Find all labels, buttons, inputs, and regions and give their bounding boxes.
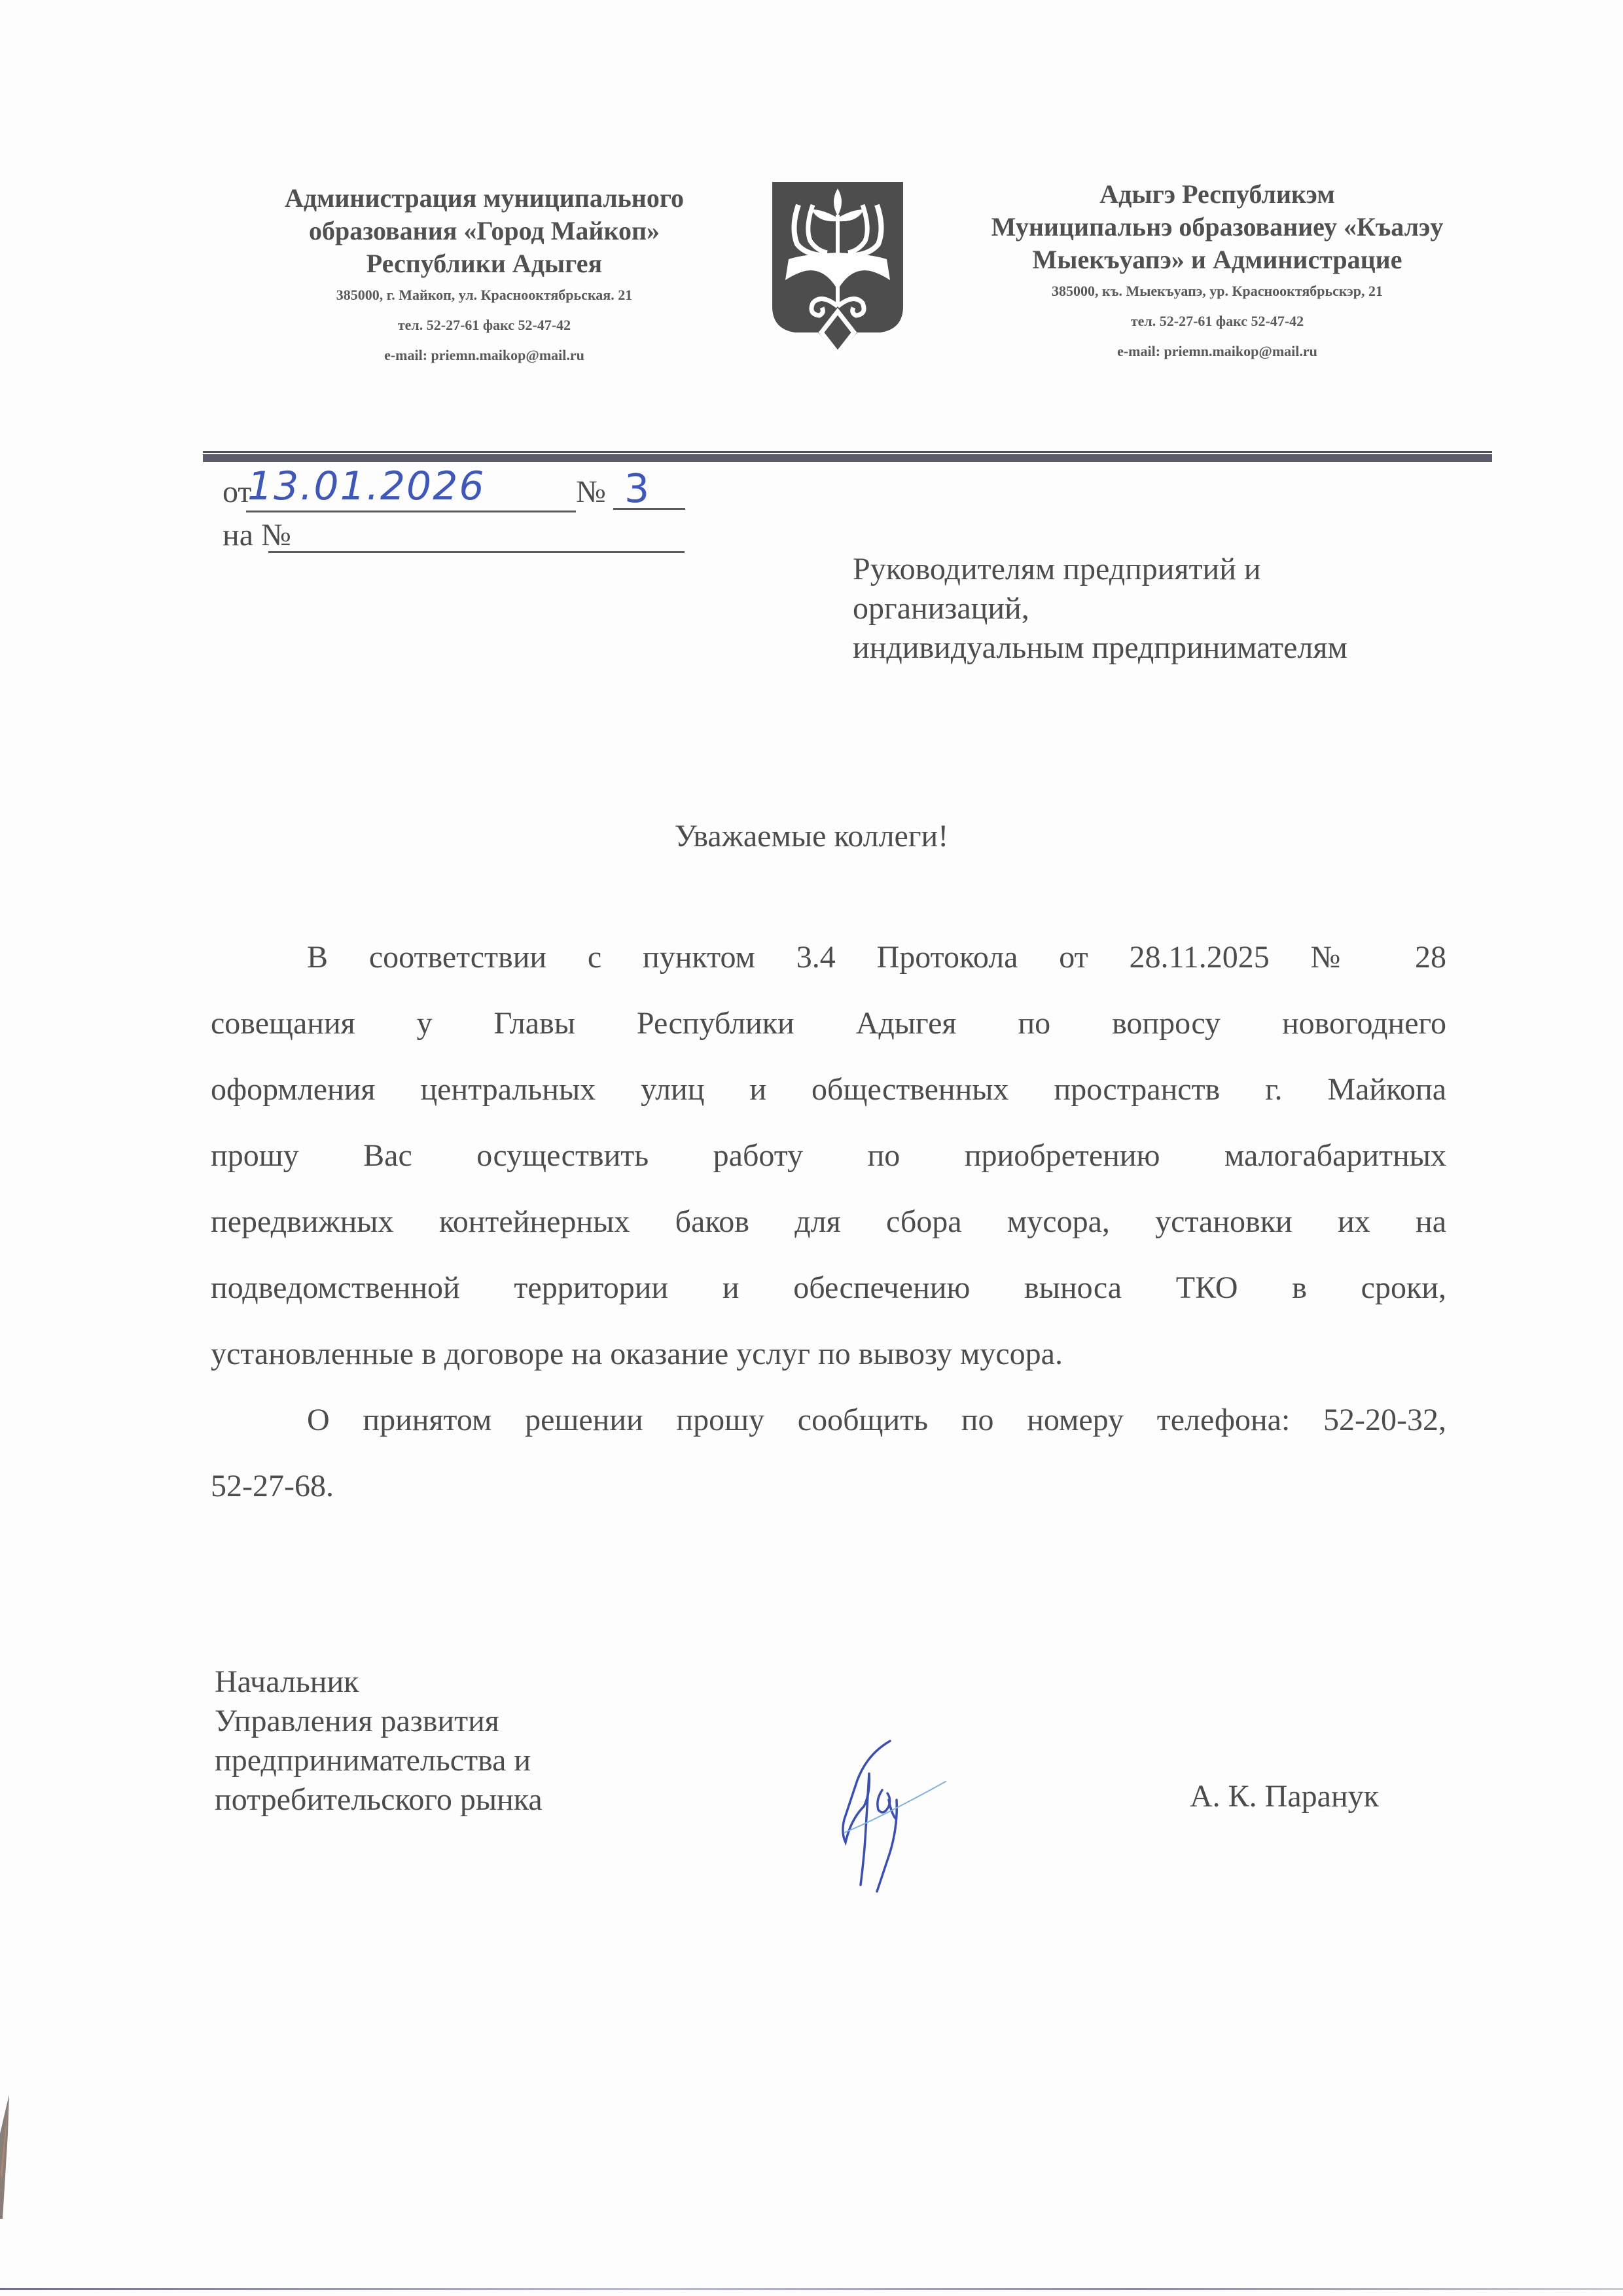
org-phone: тел. 52-27-61 факс 52-47-42 — [916, 306, 1518, 336]
addressee-line: Руководителям предприятий и — [853, 550, 1481, 589]
org-name-line: Мыекъуапэ» и Администрацие — [916, 243, 1518, 276]
signatory-title: Начальник Управления развития предприним… — [215, 1662, 543, 1820]
letterhead-left-russian: Администрация муниципального образования… — [196, 182, 772, 370]
body-line: В соответствии с пунктом 3.4 Протокола о… — [211, 924, 1446, 990]
body-line: установленные в договоре на оказание усл… — [211, 1321, 1446, 1387]
org-name-line: образования «Город Майкоп» — [196, 215, 772, 247]
reply-to-underline — [268, 551, 685, 553]
org-phone: тел. 52-27-61 факс 52-47-42 — [196, 310, 772, 340]
body-line: подведомственной территории и обеспечени… — [211, 1255, 1446, 1321]
letterhead-right-adyghe: Адыгэ Республикэм Муниципальнэ образован… — [916, 178, 1518, 367]
body-line: О принятом решении прошу сообщить по ном… — [211, 1387, 1446, 1453]
salutation: Уважаемые коллеги! — [0, 818, 1623, 854]
letterhead-divider-thick — [203, 454, 1492, 462]
org-address: 385000, г. Майкоп, ул. Краснооктябрьская… — [196, 280, 772, 310]
handwritten-number: 3 — [624, 466, 651, 512]
org-name-line: Администрация муниципального — [196, 182, 772, 215]
addressee-line: организаций, — [853, 589, 1481, 628]
letterhead-divider-thin — [203, 451, 1492, 453]
body-line: передвижных контейнерных баков для сбора… — [211, 1189, 1446, 1255]
number-underline — [613, 508, 685, 510]
signatory-title-line: предпринимательства и — [215, 1741, 543, 1780]
signatory-title-line: потребительского рынка — [215, 1780, 543, 1820]
letter-body: В соответствии с пунктом 3.4 Протокола о… — [211, 924, 1446, 1519]
org-name-line: Муниципальнэ образованиеу «Къалэу — [916, 211, 1518, 243]
org-name-line: Республики Адыгея — [196, 247, 772, 280]
signatory-name: А. К. Паранук — [1190, 1778, 1379, 1814]
date-underline — [246, 511, 576, 512]
body-line: совещания у Главы Республики Адыгея по в… — [211, 990, 1446, 1056]
body-line: оформления центральных улиц и общественн… — [211, 1056, 1446, 1122]
handwritten-signature-icon — [805, 1728, 1001, 1898]
coat-of-arms-icon — [759, 175, 916, 365]
body-line: 52-27-68. — [211, 1453, 1446, 1519]
body-line: прошу Вас осуществить работу по приобрет… — [211, 1122, 1446, 1189]
signatory-title-line: Начальник — [215, 1662, 543, 1702]
org-address: 385000, къ. Мыекъуапэ, ур. Краснооктябрь… — [916, 276, 1518, 306]
number-label: № — [576, 474, 606, 510]
scan-bottom-edge — [0, 2288, 1623, 2290]
scan-edge-mark — [0, 2094, 13, 2219]
addressee-line: индивидуальным предпринимателям — [853, 628, 1481, 668]
org-name-line: Адыгэ Республикэм — [916, 178, 1518, 211]
reply-to-label: на № — [223, 517, 291, 553]
org-email: e-mail: priemn.maikop@mail.ru — [196, 340, 772, 370]
addressee-block: Руководителям предприятий и организаций,… — [853, 550, 1481, 668]
signatory-title-line: Управления развития — [215, 1702, 543, 1741]
handwritten-date: 13.01.2026 — [247, 463, 486, 509]
org-email: e-mail: priemn.maikop@mail.ru — [916, 336, 1518, 367]
